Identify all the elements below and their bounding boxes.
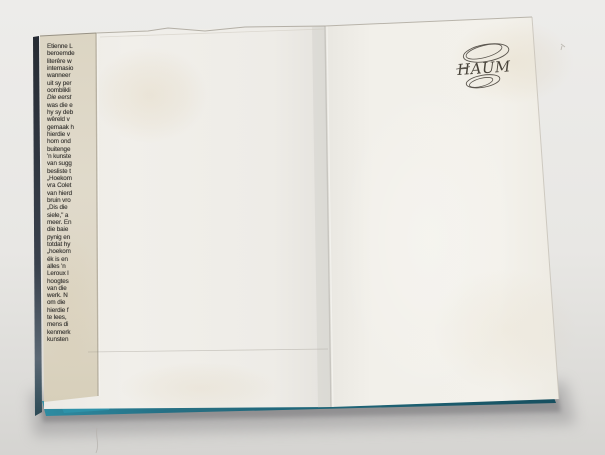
- flap-text-line: „Hoekom: [47, 175, 94, 182]
- flap-text-line: kunsten: [47, 336, 94, 343]
- flap-text-line: Die eerst: [47, 94, 94, 101]
- flap-text-line: gemaak h: [47, 124, 94, 131]
- flap-text-line: hoogtes: [47, 278, 94, 285]
- flap-text-line: beroemde: [47, 50, 94, 57]
- flap-text-line: oomblikli: [47, 87, 94, 94]
- flap-text-line: literêre w: [47, 58, 94, 65]
- flap-text-line: hierdie f: [47, 307, 94, 314]
- flap-text-line: hy sy deb: [47, 109, 94, 116]
- flap-text-line: hierdie v: [47, 131, 94, 138]
- flap-text-line: Etienne L: [47, 43, 94, 50]
- flap-text-line: te lees,: [47, 314, 94, 321]
- flap-text-line: totdat hy: [47, 241, 94, 248]
- flap-text-line: besliste t: [47, 168, 94, 175]
- flap-text-line: pynig en: [47, 234, 94, 241]
- flap-text-line: wanneer: [47, 72, 94, 79]
- flap-text-line: om die: [47, 299, 94, 306]
- flap-text-line: hom ond: [47, 138, 94, 145]
- logo-text: HAUM: [456, 57, 512, 79]
- flap-text-line: buitenge: [47, 146, 94, 153]
- flap-text-line: uit sy per: [47, 80, 94, 87]
- haum-logo: HAUM: [452, 38, 519, 94]
- page-stain: [92, 47, 208, 143]
- flap-text-line: mens di: [47, 321, 94, 328]
- haum-logo-graphic: HAUM: [452, 38, 519, 94]
- flap-text-line: wêreld v: [47, 116, 94, 123]
- page-sheen: [335, 75, 525, 405]
- flap-text-line: bruin vro: [47, 197, 94, 204]
- flap-text-line: siele," a: [47, 212, 94, 219]
- flap-text-line: van sugg: [47, 160, 94, 167]
- page-stain: [120, 362, 280, 414]
- flap-text-line: ék is en: [47, 256, 94, 263]
- flap-text-line: was die e: [47, 102, 94, 109]
- flap-text-line: werk. N: [47, 292, 94, 299]
- flap-text-line: „hoekom: [47, 248, 94, 255]
- flap-text-line: „Dis die: [47, 204, 94, 211]
- flap-text-line: van die: [47, 285, 94, 292]
- flap-text-line: kenmerk: [47, 329, 94, 336]
- flap-text-line: van hierd: [47, 190, 94, 197]
- flap-text-line: alles 'n: [47, 263, 94, 270]
- flap-text-line: meer. En: [47, 219, 94, 226]
- flap-text-line: Leroux l: [47, 270, 94, 277]
- flap-text-line: die baie: [47, 226, 94, 233]
- flap-text-line: internasio: [47, 65, 94, 72]
- flap-text-line: vra Colet: [47, 182, 94, 189]
- flap-text-line: 'n kunste: [47, 153, 94, 160]
- flap-blurb-text: Etienne Lberoemdeliterêre winternasiowan…: [47, 43, 94, 346]
- photo-background: Etienne Lberoemdeliterêre winternasiowan…: [0, 0, 605, 455]
